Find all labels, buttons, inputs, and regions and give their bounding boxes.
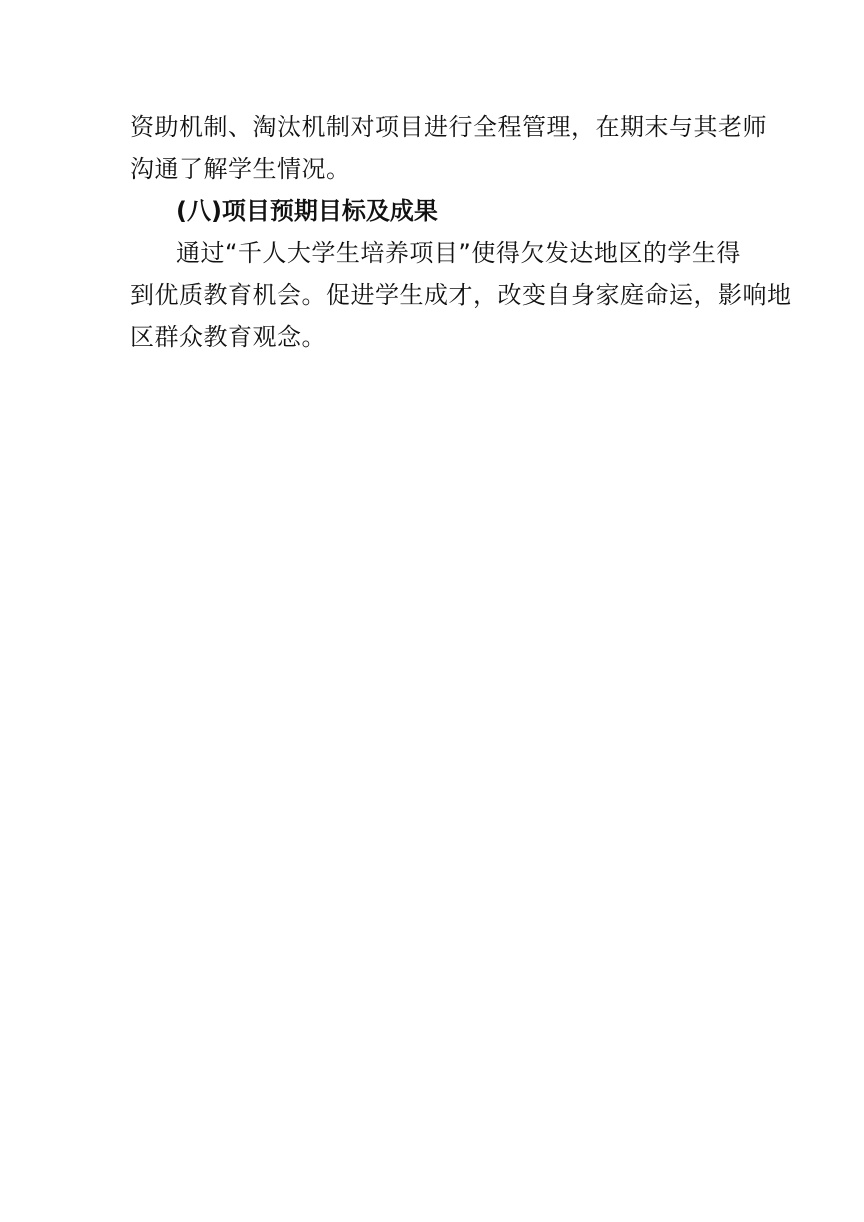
- section-heading: (八)项目预期目标及成果: [130, 190, 736, 232]
- text-line: 到优质教育机会。促进学生成才，改变自身家庭命运，影响地: [130, 274, 736, 316]
- paragraph-management-continuation: 资助机制、淘汰机制对项目进行全程管理，在期末与其老师 沟通了解学生情况。: [130, 106, 736, 190]
- paragraph-expected-outcomes: 通过“千人大学生培养项目”使得欠发达地区的学生得 到优质教育机会。促进学生成才，…: [130, 232, 736, 358]
- text-line: 资助机制、淘汰机制对项目进行全程管理，在期末与其老师: [130, 106, 736, 148]
- text-line: 通过“千人大学生培养项目”使得欠发达地区的学生得: [130, 232, 736, 274]
- document-page: 资助机制、淘汰机制对项目进行全程管理，在期末与其老师 沟通了解学生情况。 (八)…: [130, 106, 736, 358]
- text-line: 沟通了解学生情况。: [130, 148, 736, 190]
- text-line: 区群众教育观念。: [130, 316, 736, 358]
- section-heading-expected-goals: (八)项目预期目标及成果: [130, 190, 736, 232]
